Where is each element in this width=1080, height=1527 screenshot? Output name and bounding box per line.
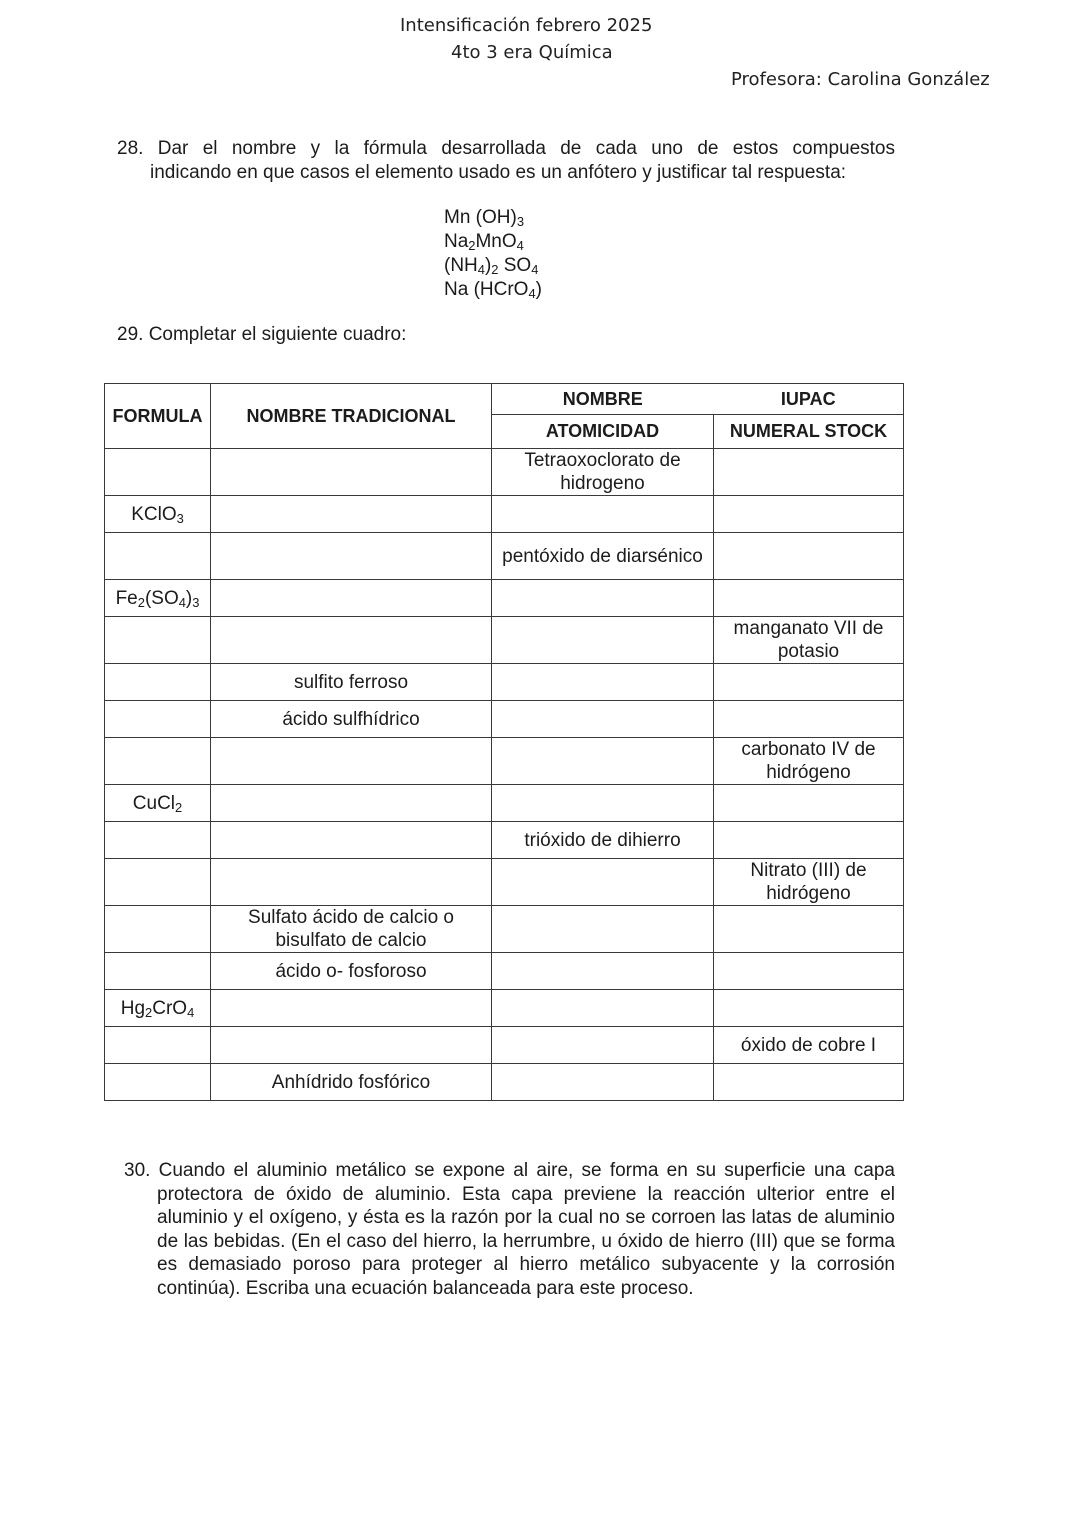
cell-atomicidad[interactable] (492, 785, 714, 822)
nomenclature-table: FORMULA NOMBRE TRADICIONAL NOMBRE IUPAC … (104, 383, 904, 1101)
compound-formula: Na2MnO4 (444, 230, 542, 254)
cell-numeral-stock[interactable] (714, 785, 904, 822)
cell-formula (105, 1064, 211, 1101)
header-iupac: IUPAC (714, 384, 904, 415)
cell-numeral-stock[interactable] (714, 822, 904, 859)
table-row: Sulfato ácido de calcio o bisulfato de c… (105, 906, 904, 953)
cell-atomicidad[interactable] (492, 701, 714, 738)
cell-formula: Hg2CrO4 (105, 990, 211, 1027)
cell-nombre-tradicional: sulfito ferroso (211, 664, 492, 701)
cell-numeral-stock[interactable] (714, 701, 904, 738)
cell-nombre-tradicional: ácido o- fosforoso (211, 953, 492, 990)
cell-nombre-tradicional[interactable] (211, 785, 492, 822)
table-row: ácido o- fosforoso (105, 953, 904, 990)
cell-numeral-stock[interactable] (714, 953, 904, 990)
cell-nombre-tradicional[interactable] (211, 449, 492, 496)
table-row: pentóxido de diarsénico (105, 533, 904, 580)
question-29: 29. Completar el siguiente cuadro: (117, 323, 406, 347)
question-30: 30. Cuando el aluminio metálico se expon… (124, 1159, 895, 1300)
question-28: 28. Dar el nombre y la fórmula desarroll… (117, 137, 895, 184)
cell-atomicidad[interactable] (492, 738, 714, 785)
cell-atomicidad[interactable] (492, 906, 714, 953)
cell-formula (105, 738, 211, 785)
cell-atomicidad[interactable] (492, 859, 714, 906)
cell-numeral-stock[interactable] (714, 496, 904, 533)
cell-nombre-tradicional: Anhídrido fosfórico (211, 1064, 492, 1101)
cell-numeral-stock[interactable] (714, 533, 904, 580)
table-row: Nitrato (III) de hidrógeno (105, 859, 904, 906)
cell-formula (105, 1027, 211, 1064)
table-row: Hg2CrO4 (105, 990, 904, 1027)
teacher-name: Profesora: Carolina González (731, 69, 990, 90)
cell-formula (105, 617, 211, 664)
header-numeral-stock: NUMERAL STOCK (714, 415, 904, 449)
cell-numeral-stock[interactable] (714, 1064, 904, 1101)
table-row: carbonato IV de hidrógeno (105, 738, 904, 785)
cell-atomicidad: trióxido de dihierro (492, 822, 714, 859)
table-row: KClO3 (105, 496, 904, 533)
cell-formula (105, 701, 211, 738)
cell-atomicidad[interactable] (492, 1027, 714, 1064)
cell-numeral-stock: óxido de cobre I (714, 1027, 904, 1064)
cell-numeral-stock[interactable] (714, 449, 904, 496)
cell-formula (105, 822, 211, 859)
cell-numeral-stock[interactable] (714, 906, 904, 953)
question-28-line2: indicando en que casos el elemento usado… (117, 161, 895, 185)
cell-nombre-tradicional[interactable] (211, 859, 492, 906)
cell-nombre-tradicional[interactable] (211, 822, 492, 859)
cell-formula (105, 449, 211, 496)
cell-nombre-tradicional[interactable] (211, 738, 492, 785)
table-row: Tetraoxoclorato de hidrogeno (105, 449, 904, 496)
cell-atomicidad[interactable] (492, 496, 714, 533)
cell-atomicidad[interactable] (492, 664, 714, 701)
cell-atomicidad: Tetraoxoclorato de hidrogeno (492, 449, 714, 496)
cell-nombre-tradicional[interactable] (211, 1027, 492, 1064)
header-nombre: NOMBRE (492, 384, 714, 415)
table-row: Fe2(SO4)3 (105, 580, 904, 617)
cell-formula: Fe2(SO4)3 (105, 580, 211, 617)
cell-atomicidad[interactable] (492, 990, 714, 1027)
compound-list: Mn (OH)3Na2MnO4(NH4)2 SO4Na (HCrO4) (444, 206, 542, 302)
header-atomicidad: ATOMICIDAD (492, 415, 714, 449)
cell-nombre-tradicional[interactable] (211, 990, 492, 1027)
cell-formula (105, 906, 211, 953)
cell-formula (105, 953, 211, 990)
question-28-line1: 28. Dar el nombre y la fórmula desarroll… (117, 137, 895, 161)
cell-atomicidad[interactable] (492, 617, 714, 664)
table-row: sulfito ferroso (105, 664, 904, 701)
cell-formula: KClO3 (105, 496, 211, 533)
cell-nombre-tradicional[interactable] (211, 496, 492, 533)
cell-atomicidad[interactable] (492, 953, 714, 990)
cell-numeral-stock[interactable] (714, 990, 904, 1027)
cell-numeral-stock: Nitrato (III) de hidrógeno (714, 859, 904, 906)
cell-formula: CuCl2 (105, 785, 211, 822)
question-30-text: 30. Cuando el aluminio metálico se expon… (124, 1159, 895, 1300)
table-row: trióxido de dihierro (105, 822, 904, 859)
cell-numeral-stock[interactable] (714, 580, 904, 617)
table-row: ácido sulfhídrico (105, 701, 904, 738)
cell-formula (105, 859, 211, 906)
cell-numeral-stock: manganato VII de potasio (714, 617, 904, 664)
cell-nombre-tradicional[interactable] (211, 580, 492, 617)
cell-nombre-tradicional[interactable] (211, 617, 492, 664)
cell-numeral-stock: carbonato IV de hidrógeno (714, 738, 904, 785)
table-row: óxido de cobre I (105, 1027, 904, 1064)
cell-numeral-stock[interactable] (714, 664, 904, 701)
course-subtitle: 4to 3 era Química (451, 42, 613, 63)
cell-nombre-tradicional: Sulfato ácido de calcio o bisulfato de c… (211, 906, 492, 953)
table-row: manganato VII de potasio (105, 617, 904, 664)
cell-atomicidad: pentóxido de diarsénico (492, 533, 714, 580)
header-formula: FORMULA (105, 384, 211, 449)
cell-nombre-tradicional[interactable] (211, 533, 492, 580)
cell-nombre-tradicional: ácido sulfhídrico (211, 701, 492, 738)
cell-formula (105, 533, 211, 580)
compound-formula: (NH4)2 SO4 (444, 254, 542, 278)
table-row: Anhídrido fosfórico (105, 1064, 904, 1101)
compound-formula: Mn (OH)3 (444, 206, 542, 230)
header-nombre-tradicional: NOMBRE TRADICIONAL (211, 384, 492, 449)
compound-formula: Na (HCrO4) (444, 278, 542, 302)
document-title: Intensificación febrero 2025 (400, 15, 652, 36)
table-row: CuCl2 (105, 785, 904, 822)
cell-atomicidad[interactable] (492, 580, 714, 617)
cell-atomicidad[interactable] (492, 1064, 714, 1101)
cell-formula (105, 664, 211, 701)
